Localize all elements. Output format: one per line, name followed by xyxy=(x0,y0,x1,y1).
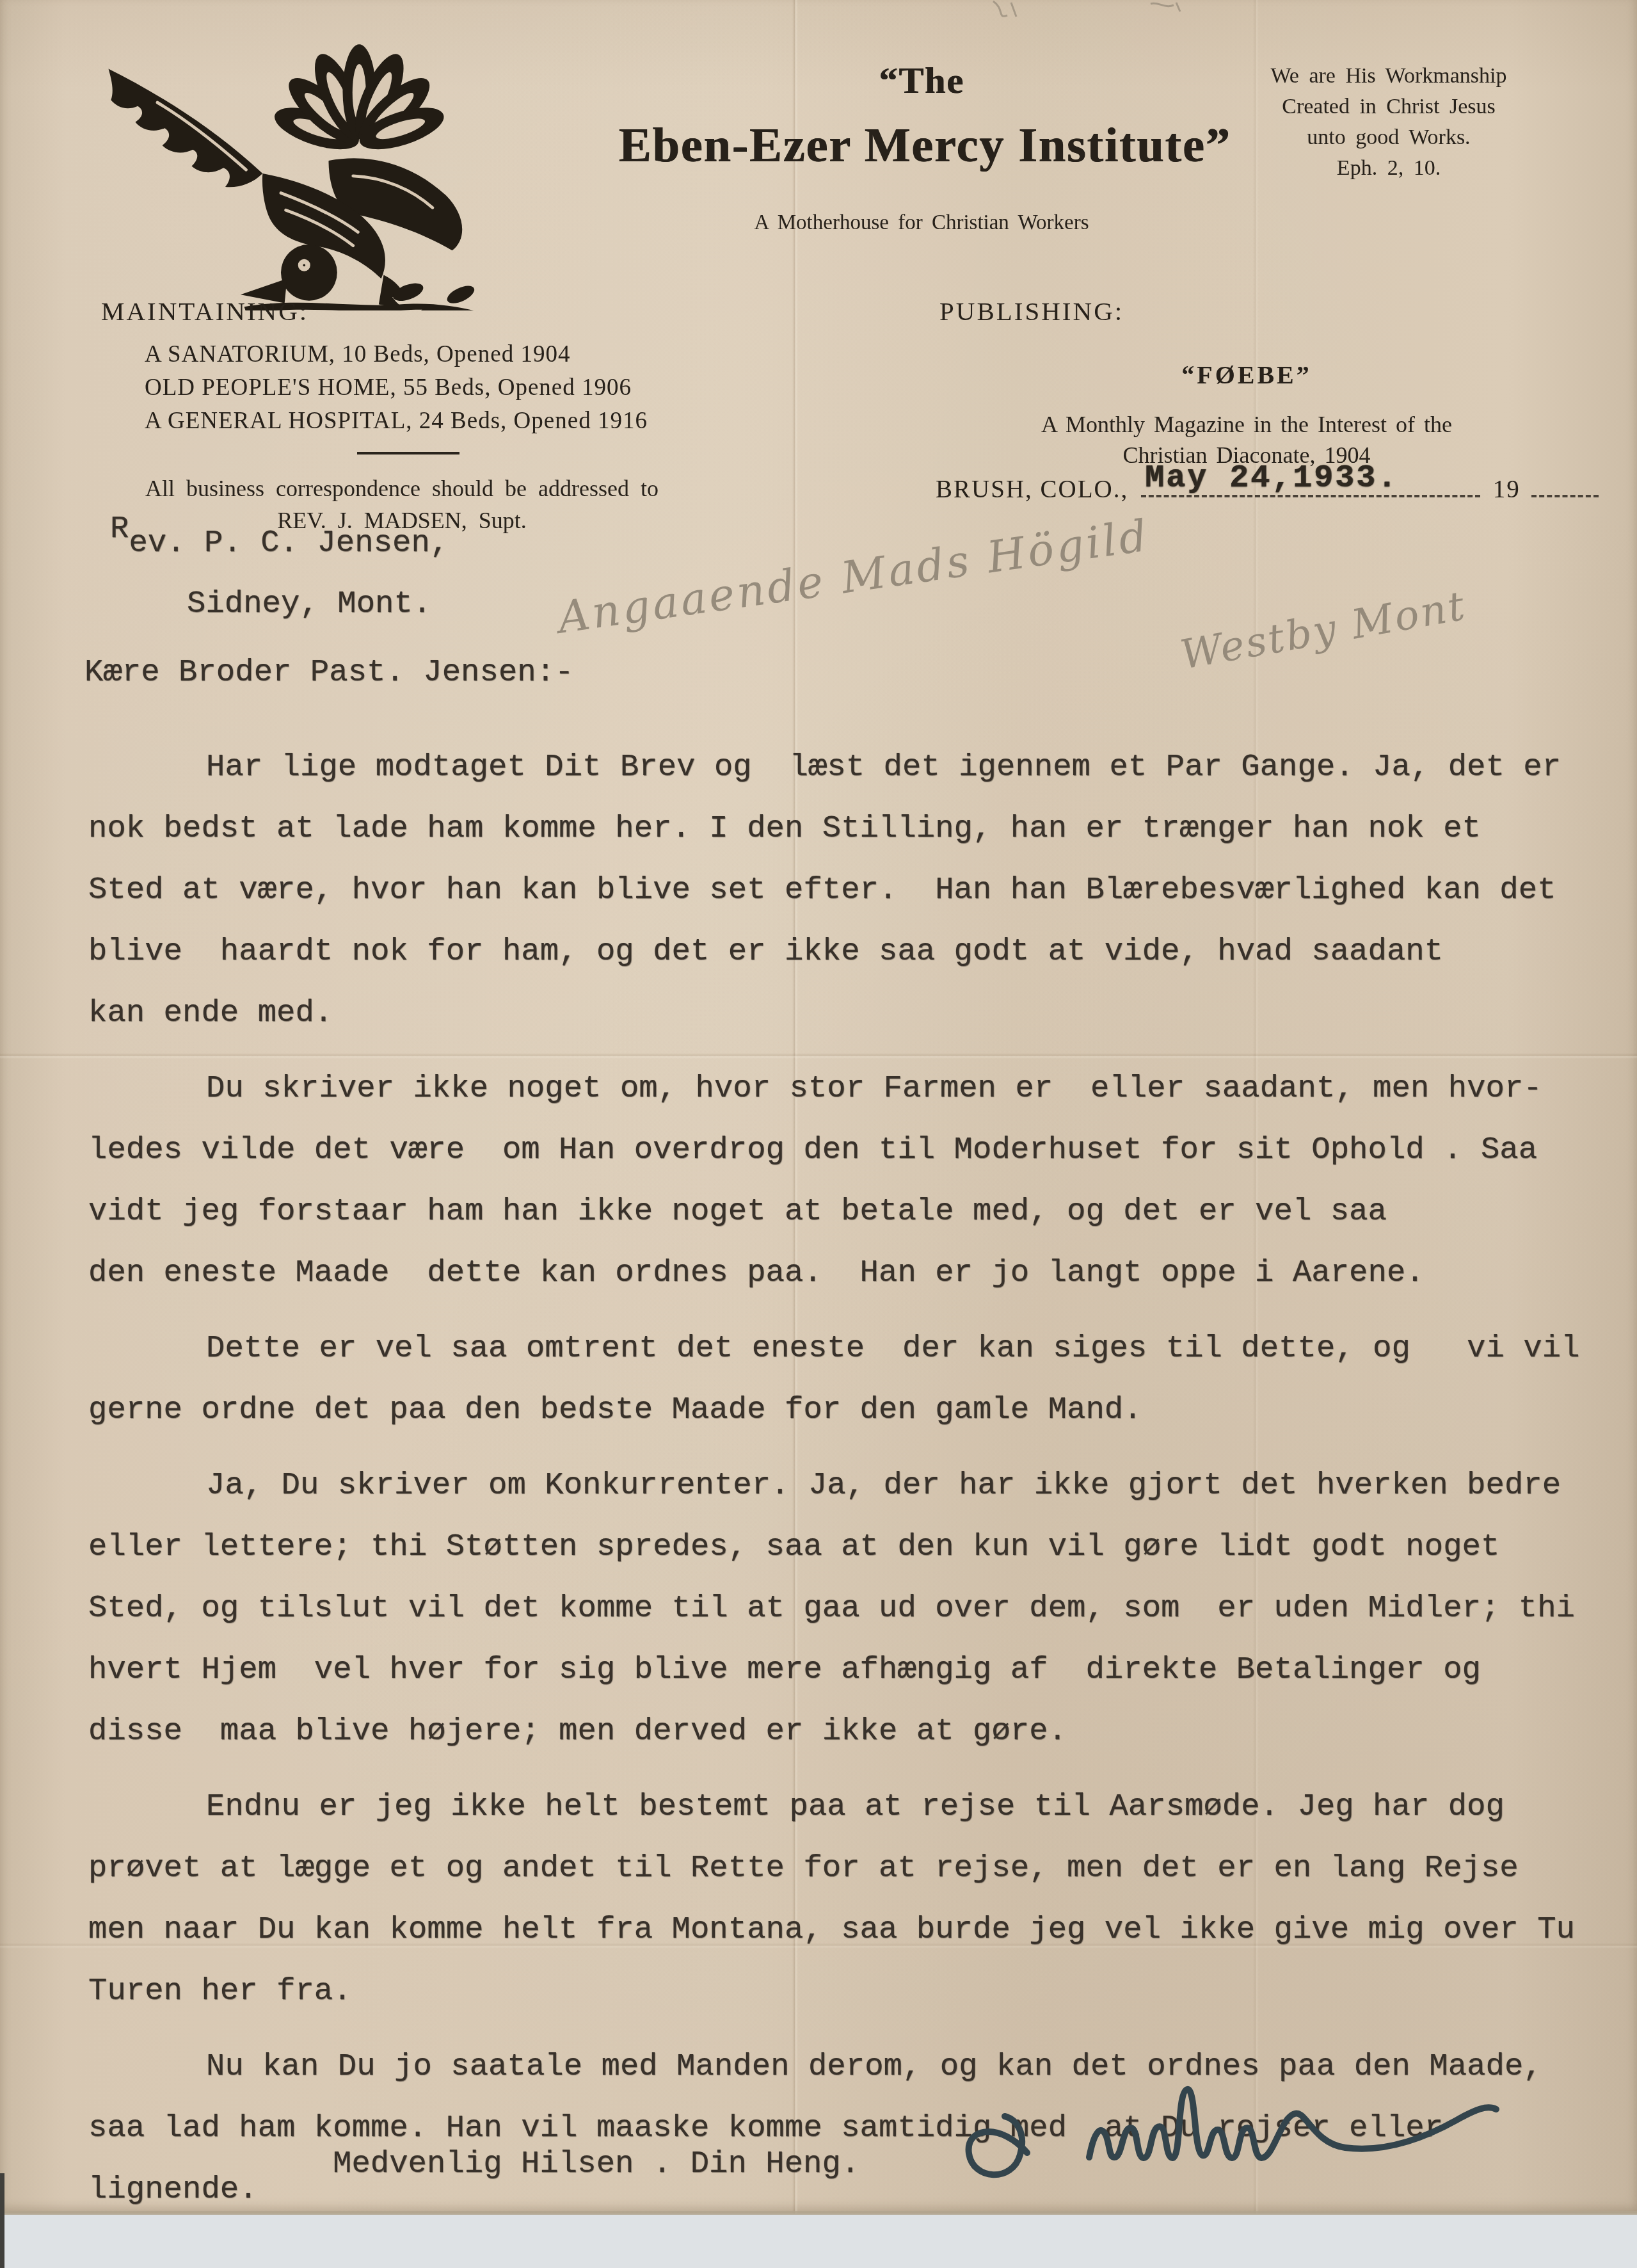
letter-line: ledes vilde det være om Han overdrog den… xyxy=(88,1119,1631,1180)
letter-line: Dette er vel saa omtrent det eneste der … xyxy=(88,1317,1631,1379)
salutation: Kære Broder Past. Jensen:- xyxy=(84,654,574,690)
addressee-raised-initial: R xyxy=(110,511,129,547)
letterhead-institute-name: Eben-Ezer Mercy Institute” xyxy=(589,110,1261,181)
maintaining-heading: MAINTAINING: xyxy=(101,296,741,326)
publishing-block: PUBLISHING: “FØEBE” A Monthly Magazine i… xyxy=(939,296,1554,470)
letter-paragraph: Endnu er jeg ikke helt bestemt paa at re… xyxy=(88,1776,1631,2022)
dove-logo xyxy=(61,35,486,310)
letter-line: blive haardt nok for ham, og det er ikke… xyxy=(88,921,1631,982)
letter-paragraph: Ja, Du skriver om Konkurrenter. Ja, der … xyxy=(88,1454,1631,1762)
letter-body: Har lige modtaget Dit Brev og læst det i… xyxy=(88,736,1631,2234)
letter-paragraph: Har lige modtaget Dit Brev og læst det i… xyxy=(88,736,1631,1043)
typed-date: May 24,1933. xyxy=(1145,460,1398,497)
letter-line: Endnu er jeg ikke helt bestemt paa at re… xyxy=(88,1776,1631,1837)
verse-line: We are His Workmanship xyxy=(1206,61,1571,92)
letterhead-subtitle: A Motherhouse for Christian Workers xyxy=(691,211,1152,235)
scanned-letter-page: “The Eben-Ezer Mercy Institute” A Mother… xyxy=(0,0,1637,2268)
letter-line: hvert Hjem vel hver for sig blive mere a… xyxy=(88,1639,1631,1700)
magazine-description: A Monthly Magazine in the Interest of th… xyxy=(939,409,1554,440)
letter-line: nok bedst at lade ham komme her. I den S… xyxy=(88,798,1631,859)
letter-line: prøvet at lægge et og andet til Rette fo… xyxy=(88,1837,1631,1899)
letter-line: Turen her fra. xyxy=(88,1960,1631,2022)
correspondence-note: All business correspondence should be ad… xyxy=(101,472,703,504)
letter-line: men naar Du kan komme helt fra Montana, … xyxy=(88,1899,1631,1960)
magazine-name: “FØEBE” xyxy=(939,360,1554,390)
pencil-scuff-mark xyxy=(1146,0,1184,22)
printed-year-prefix: 19 xyxy=(1493,476,1521,503)
tail-fan xyxy=(270,44,449,157)
letterhead-the: “The xyxy=(755,59,1088,102)
dateline-place: BRUSH, COLO., xyxy=(936,476,1128,503)
letter-line: disse maa blive højere; men derved er ik… xyxy=(88,1700,1631,1762)
maintaining-item: A SANATORIUM, 10 Beds, Opened 1904 xyxy=(145,338,741,371)
date-rule: May 24,1933. xyxy=(1141,488,1480,497)
publishing-heading: PUBLISHING: xyxy=(939,296,1554,326)
pencil-scuff-mark xyxy=(986,0,1030,29)
letter-line: Du skriver ikke noget om, hvor stor Farm… xyxy=(88,1058,1631,1119)
scripture-verse: We are His WorkmanshipCreated in Christ … xyxy=(1206,61,1571,184)
letter-line: Sted at være, hvor han kan blive set eft… xyxy=(88,859,1631,921)
divider-rule xyxy=(357,452,459,454)
dateline: BRUSH, COLO., May 24,1933. 19 xyxy=(936,475,1599,504)
maintaining-block: MAINTAINING: A SANATORIUM, 10 Beds, Open… xyxy=(101,296,741,536)
date-rule-tail xyxy=(1531,488,1599,497)
letter-line: kan ende med. xyxy=(88,982,1631,1043)
signature-scrawl xyxy=(922,2066,1561,2210)
letter-line: eller lettere; thi Støtten spredes, saa … xyxy=(88,1516,1631,1577)
maintaining-item: A GENERAL HOSPITAL, 24 Beds, Opened 1916 xyxy=(145,405,741,438)
letter-line: vidt jeg forstaar ham han ikke noget at … xyxy=(88,1180,1631,1242)
letter-line: Har lige modtaget Dit Brev og læst det i… xyxy=(88,736,1631,798)
letter-line: Ja, Du skriver om Konkurrenter. Ja, der … xyxy=(88,1454,1631,1516)
closing-line: Medvenlig Hilsen . Din Heng. xyxy=(333,2146,859,2182)
letter-line: Sted, og tilslut vil det komme til at ga… xyxy=(88,1577,1631,1639)
maintaining-item: OLD PEOPLE'S HOME, 55 Beds, Opened 1906 xyxy=(145,371,741,405)
scan-edge-artifact xyxy=(0,2173,4,2268)
verse-line: Eph. 2, 10. xyxy=(1206,153,1571,184)
letter-paragraph: Dette er vel saa omtrent det eneste der … xyxy=(88,1317,1631,1440)
letter-line: den eneste Maade dette kan ordnes paa. H… xyxy=(88,1242,1631,1303)
letter-line: gerne ordne det paa den bedste Maade for… xyxy=(88,1379,1631,1440)
letter-paragraph: Du skriver ikke noget om, hvor stor Farm… xyxy=(88,1058,1631,1303)
verse-line: unto good Works. xyxy=(1206,122,1571,153)
maintaining-items: A SANATORIUM, 10 Beds, Opened 1904OLD PE… xyxy=(101,338,741,438)
addressee-line: Rev. P. C. Jensen, xyxy=(110,525,449,561)
addressee-name: ev. P. C. Jensen, xyxy=(129,525,449,561)
verse-line: Created in Christ Jesus xyxy=(1206,92,1571,122)
addressee-city: Sidney, Mont. xyxy=(187,586,431,622)
